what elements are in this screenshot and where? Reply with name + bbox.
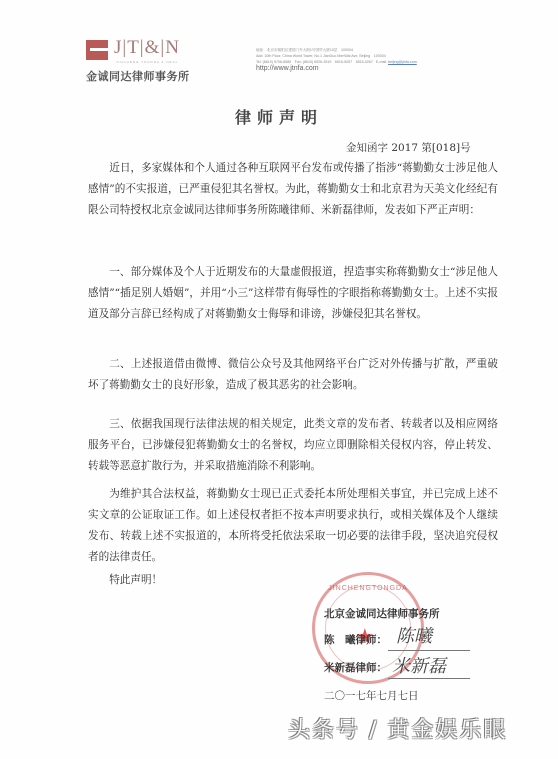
lawyer1-signature: 陈曦 xyxy=(396,622,432,648)
tel-fax: Tel: (8610) 5706-8585 Fax: (8610) 6526-3… xyxy=(256,60,373,64)
lawyer1-label: 陈 曦律师： xyxy=(324,632,387,647)
paragraph-closing: 特此声明！ xyxy=(88,570,498,591)
email-label: E-mail: xyxy=(376,60,387,64)
document-title: 律师声明 xyxy=(0,105,558,128)
firm-name: 金诚同达律师事务所 xyxy=(86,68,190,84)
paragraph-text: 近日，多家媒体和个人通过各种互联网平台发布或传播了指涉“蒋勤勤女士涉足他人感情”… xyxy=(88,158,498,221)
lawyer2-label: 米新磊律师： xyxy=(324,660,387,675)
email-link[interactable]: beijing@jtnfa.com xyxy=(388,60,417,64)
paragraph-intro: 近日，多家媒体和个人通过各种互联网平台发布或传播了指涉“蒋勤勤女士涉足他人感情”… xyxy=(88,158,498,221)
logo-letters: J|T|&|N xyxy=(114,37,180,59)
paragraph-text: 三、依据我国现行法律法规的相关规定，此类文章的发布者、转载者以及相应网络服务平台… xyxy=(88,414,498,477)
website-link[interactable]: http://www.jtnfa.com xyxy=(256,66,496,72)
paragraph-text: 特此声明！ xyxy=(88,570,498,591)
paragraph-text: 一、部分媒体及个人于近期发布的大量虚假报道，捏造事实称蒋勤勤女士“涉足他人感情”… xyxy=(88,262,498,325)
seal-text: JINCHENGTONGDA xyxy=(315,585,421,592)
watermark: 头条号 / 黄金娱乐眼 xyxy=(288,713,507,744)
contact-block: 地址：北京市朝阳区建国门外大街1号国贸大厦10层 100004 Add: 10t… xyxy=(256,47,496,72)
paragraph-text: 为维护其合法权益，蒋勤勤女士现已正式委托本所处理相关事宜，并已完成上述不实文章的… xyxy=(88,484,498,568)
signature-line xyxy=(388,678,470,679)
logo-mark-icon xyxy=(86,40,108,60)
signature-line xyxy=(388,650,470,651)
reference-number: 金知函字 2017 第[018]号 xyxy=(346,140,471,155)
firm-logo: J|T|&|N JINCHENG TONGDA & NEAL 金诚同达律师事务所 xyxy=(86,40,236,90)
lawyer2-signature: 米新磊 xyxy=(392,652,446,678)
logo-subtitle: JINCHENG TONGDA & NEAL xyxy=(116,60,178,64)
paragraph-2: 二、上述报道借由微博、微信公众号及其他网络平台广泛对外传播与扩散，严重破坏了蒋勤… xyxy=(88,354,498,396)
signature-date: 二〇一七年七月七日 xyxy=(324,688,419,703)
signature-firm: 北京金诚同达律师事务所 xyxy=(324,606,440,621)
paragraph-4: 为维护其合法权益，蒋勤勤女士现已正式委托本所处理相关事宜，并已完成上述不实文章的… xyxy=(88,484,498,568)
letter-page: J|T|&|N JINCHENG TONGDA & NEAL 金诚同达律师事务所… xyxy=(0,0,558,759)
paragraph-3: 三、依据我国现行法律法规的相关规定，此类文章的发布者、转载者以及相应网络服务平台… xyxy=(88,414,498,477)
paragraph-text: 二、上述报道借由微博、微信公众号及其他网络平台广泛对外传播与扩散，严重破坏了蒋勤… xyxy=(88,354,498,396)
paragraph-1: 一、部分媒体及个人于近期发布的大量虚假报道，捏造事实称蒋勤勤女士“涉足他人感情”… xyxy=(88,262,498,325)
